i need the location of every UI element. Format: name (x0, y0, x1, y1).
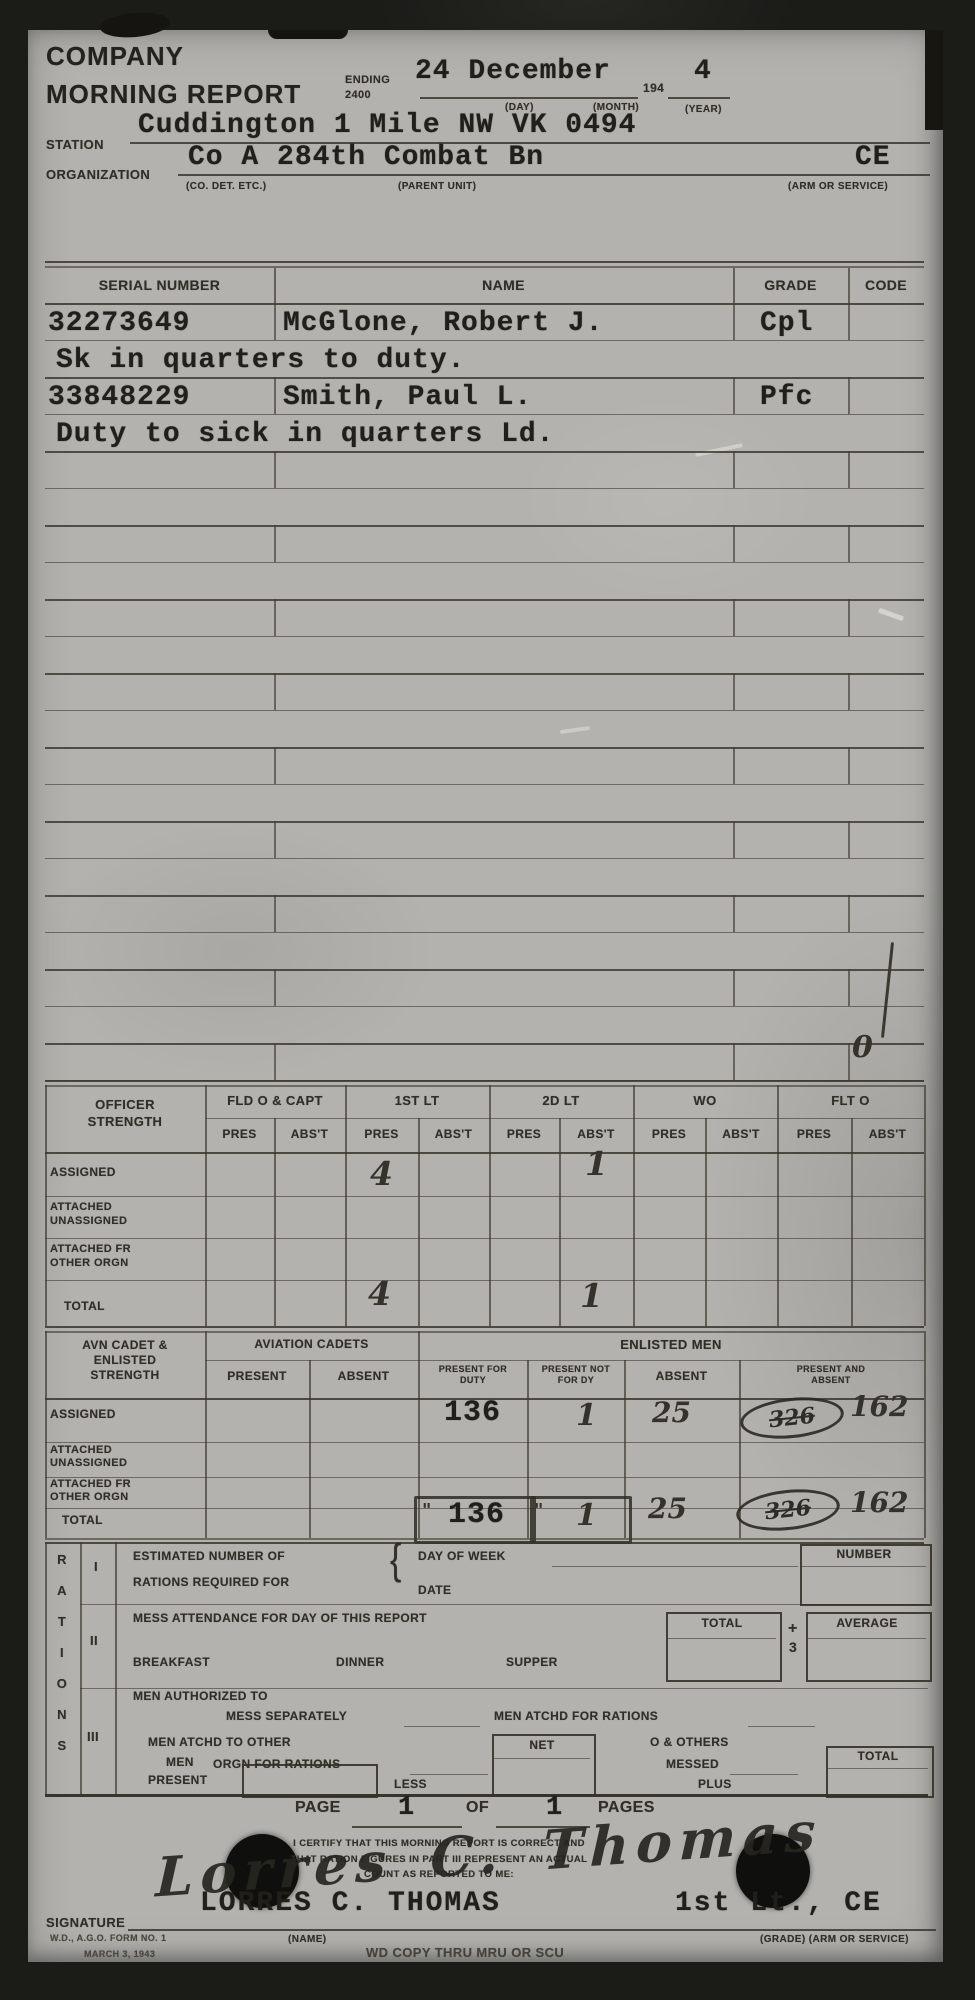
empty-roster-remarks-row (45, 562, 924, 601)
officer-top-rule-2 (45, 1085, 924, 1087)
station-label: STATION (46, 138, 104, 152)
column-divider (848, 895, 850, 932)
mess-separately-label: MESS SEPARATELY (226, 1710, 347, 1723)
enlisted-row-line (45, 1477, 924, 1478)
organization-rule-line (178, 174, 930, 176)
year-prefix: 194 (643, 82, 664, 95)
edge-shadow (925, 30, 943, 130)
crossed-out-value: 326 (768, 1403, 816, 1434)
total-absent-value: 25 (648, 1492, 687, 1525)
mess-total-label: TOTAL (666, 1617, 778, 1630)
officer-grid-line (45, 1085, 47, 1326)
typed-signature-name: LORRES C. THOMAS (200, 1888, 501, 1919)
enlisted-men-group: ENLISTED MEN (418, 1338, 924, 1352)
number-box-label: NUMBER (800, 1548, 928, 1561)
rations-top-rule-2 (45, 1542, 924, 1544)
estimated-rations-line2: RATIONS REQUIRED FOR (133, 1576, 289, 1589)
rations-numeral-3: III (87, 1730, 99, 1744)
column-divider (848, 303, 850, 340)
officer-sub-abst: ABS'T (851, 1128, 924, 1141)
assigned-present-and-absent-value: 162 (850, 1390, 908, 1423)
total-present-for-duty-value: 136 (448, 1498, 505, 1532)
empty-roster-remarks-row (45, 710, 924, 749)
column-divider (733, 525, 735, 562)
empty-roster-row (45, 1043, 924, 1081)
enlisted-sub-line (309, 1360, 311, 1538)
day-of-week-blank (552, 1566, 798, 1567)
roster-top-rule (45, 261, 924, 263)
empty-roster-row (45, 821, 924, 859)
column-divider (733, 451, 735, 488)
arm-of-service-value: CE (855, 142, 891, 173)
officer-strength-header: OFFICER STRENGTH (78, 1096, 172, 1130)
empty-roster-row (45, 747, 924, 785)
officer-row-assigned: ASSIGNED (50, 1166, 116, 1179)
assigned-not-for-duty-value: 1 (576, 1398, 597, 1433)
organization-label: ORGANIZATION (46, 168, 150, 182)
year-caption: (YEAR) (685, 104, 722, 115)
enlisted-grid-line (205, 1331, 207, 1538)
total-not-for-duty-value: 1 (576, 1498, 597, 1533)
messed-blank (730, 1774, 798, 1775)
men-authorized-label: MEN AUTHORIZED TO (133, 1690, 268, 1703)
empty-roster-row (45, 969, 924, 1007)
officer-sub-abst: ABS'T (418, 1128, 489, 1141)
officer-sub-line (559, 1118, 561, 1326)
ending-time: 2400 (345, 89, 371, 101)
column-divider (274, 673, 276, 710)
officer-row-total: TOTAL (64, 1300, 105, 1313)
page-number-value: 1 (398, 1793, 415, 1823)
enlisted-top-rule-2 (45, 1331, 924, 1333)
rations-grid-line (80, 1542, 82, 1794)
column-divider (848, 525, 850, 562)
breakfast-label: BREAKFAST (133, 1656, 210, 1669)
men-present-line2: PRESENT (148, 1774, 207, 1787)
column-divider (274, 821, 276, 858)
column-divider (274, 303, 276, 340)
ending-label: ENDING (345, 74, 390, 86)
column-divider (274, 525, 276, 562)
officer-total-2dlt-abst-value: 1 (580, 1276, 603, 1315)
empty-roster-row (45, 525, 924, 563)
officer-total-1stlt-pres-value: 4 (368, 1274, 391, 1313)
officer-row-attached-unassigned: ATTACHED UNASSIGNED (50, 1200, 142, 1228)
torn-edge-notch (268, 30, 348, 39)
stray-zero-mark: 0 (852, 1030, 873, 1065)
officer-grid-line (633, 1085, 635, 1326)
officer-group-flto: FLT O (777, 1094, 924, 1108)
organization-value: Co A 284th Combat Bn (188, 142, 544, 173)
copy-routing-note: WD COPY THRU MRU OR SCU (366, 1946, 564, 1960)
officer-row-line (205, 1118, 924, 1119)
o-and-others-line2: MESSED (666, 1758, 719, 1771)
date-rule-line (420, 97, 638, 99)
o-and-others-line1: O & OTHERS (650, 1736, 729, 1749)
total-present-and-absent-value: 162 (850, 1486, 908, 1519)
mess-separately-blank (404, 1726, 480, 1727)
enlisted-row-attached-unassigned: ATTACHED UNASSIGNED (50, 1444, 142, 1470)
estimated-rations-line1: ESTIMATED NUMBER OF (133, 1550, 285, 1563)
entry-remark: Duty to sick in quarters Ld. (56, 419, 554, 450)
empty-roster-remarks-row (45, 488, 924, 527)
men-atchd-blank (748, 1726, 815, 1727)
empty-roster-remarks-row (45, 858, 924, 897)
column-divider (274, 1043, 276, 1080)
officer-sub-pres: PRES (205, 1128, 274, 1141)
officer-grid-line (205, 1085, 207, 1326)
entry-name: McGlone, Robert J. (283, 308, 603, 339)
column-divider (274, 747, 276, 784)
entry-serial: 32273649 (48, 308, 190, 339)
empty-roster-row (45, 673, 924, 711)
station-value: Cuddington 1 Mile NW VK 0494 (138, 110, 636, 141)
officer-row-line (45, 1196, 924, 1197)
rations-side-label: RATIONS (54, 1552, 68, 1792)
officer-grid-line (777, 1085, 779, 1326)
form-date: MARCH 3, 1943 (84, 1950, 155, 1960)
officer-group-1stlt: 1ST LT (345, 1094, 489, 1108)
officer-sub-abst: ABS'T (274, 1128, 345, 1141)
scanned-morning-report: COMPANY MORNING REPORT ENDING 2400 24 De… (0, 0, 975, 2000)
present-not-for-dy-col: PRESENT NOT FOR DY (537, 1364, 615, 1386)
entry-name: Smith, Paul L. (283, 382, 532, 413)
rations-top-rule (45, 1538, 924, 1540)
empty-roster-remarks-row (45, 1006, 924, 1045)
officer-top-rule (45, 1080, 924, 1082)
officer-grid-line (489, 1085, 491, 1326)
arm-caption: (ARM OR SERVICE) (788, 181, 888, 192)
entry-grade: Pfc (760, 382, 813, 413)
of-label: OF (466, 1799, 489, 1817)
empty-roster-remarks-row (45, 932, 924, 971)
officer-sub-pres: PRES (489, 1128, 559, 1141)
column-divider (274, 599, 276, 636)
enlisted-row-assigned: ASSIGNED (50, 1408, 116, 1421)
number-box-line (802, 1566, 926, 1567)
brace-glyph: { (390, 1537, 402, 1584)
officer-sub-line (705, 1118, 707, 1326)
form-title-line2: MORNING REPORT (46, 80, 301, 109)
crossed-out-value: 326 (764, 1495, 812, 1526)
officer-group-wo: WO (633, 1094, 777, 1108)
officer-row-attached-fr: ATTACHED FR OTHER ORGN (50, 1242, 142, 1270)
empty-roster-remarks-row (45, 636, 924, 675)
ditto-mark: " (422, 1500, 431, 1521)
men-present-line1: MEN (166, 1756, 194, 1769)
officer-grid-line (345, 1085, 347, 1326)
form-title-line1: COMPANY (46, 42, 184, 71)
average-box-label: AVERAGE (806, 1617, 928, 1630)
present-for-duty-col: PRESENT FOR DUTY (435, 1364, 511, 1386)
name-caption: (NAME) (288, 1934, 327, 1945)
empty-roster-row (45, 451, 924, 489)
column-divider (848, 377, 850, 414)
report-date-value: 24 December (415, 56, 611, 87)
officer-group-2dlt: 2D LT (489, 1094, 633, 1108)
officer-sub-pres: PRES (777, 1128, 851, 1141)
men-atchd-for-rations-label: MEN ATCHD FOR RATIONS (494, 1710, 658, 1723)
column-divider (733, 969, 735, 1006)
column-divider (848, 673, 850, 710)
col-header-code: CODE (848, 278, 924, 293)
signature-rule-line (128, 1929, 936, 1931)
assigned-absent-value: 25 (652, 1396, 691, 1429)
officer-row-line (45, 1280, 924, 1281)
grade-caption: (GRADE) (ARM OR SERVICE) (760, 1934, 909, 1945)
org-caption-co: (CO. DET. ETC.) (186, 181, 266, 192)
column-divider (733, 747, 735, 784)
enlisted-row-attached-fr: ATTACHED FR OTHER ORGN (50, 1478, 142, 1504)
column-divider (733, 599, 735, 636)
rations-grid-line (45, 1542, 47, 1794)
page-label: PAGE (295, 1799, 341, 1817)
col-header-name: NAME (274, 278, 733, 293)
enlisted-row-total: TOTAL (62, 1514, 103, 1527)
net-box-label: NET (492, 1739, 592, 1752)
officer-sub-line (418, 1118, 420, 1326)
officer-assigned-1stlt-pres-value: 4 (370, 1154, 393, 1193)
officer-sub-pres: PRES (633, 1128, 705, 1141)
mess-attendance-label: MESS ATTENDANCE FOR DAY OF THIS REPORT (133, 1612, 427, 1625)
divide-by-three: 3 (789, 1640, 797, 1655)
aviation-cadets-group: AVIATION CADETS (205, 1338, 418, 1351)
officer-group-fldo: FLD O & CAPT (205, 1094, 345, 1108)
column-divider (274, 969, 276, 1006)
col-header-serial: SERIAL NUMBER (45, 278, 274, 293)
rations-total-label: TOTAL (826, 1750, 930, 1763)
enlisted-row-line (205, 1360, 924, 1361)
column-divider (274, 895, 276, 932)
officer-sub-abst: ABS'T (705, 1128, 777, 1141)
rations-total-line (828, 1768, 928, 1769)
enlisted-grid-line (45, 1331, 47, 1538)
enlisted-strength-header: AVN CADET & ENLISTED STRENGTH (77, 1338, 173, 1383)
rations-bottom-rule (45, 1794, 928, 1797)
officer-sub-pres: PRES (345, 1128, 418, 1141)
signature-label: SIGNATURE (46, 1916, 125, 1930)
column-divider (733, 303, 735, 340)
officer-sub-line (274, 1118, 276, 1326)
column-divider (733, 821, 735, 858)
absent-col: ABSENT (624, 1370, 739, 1383)
officer-grid-line (924, 1085, 926, 1326)
less-label: LESS (394, 1778, 427, 1791)
column-divider (848, 1043, 850, 1080)
men-atchd-other-line1: MEN ATCHD TO OTHER (148, 1736, 291, 1749)
ditto-mark: " (534, 1500, 543, 1521)
entry-remark: Sk in quarters to duty. (56, 345, 465, 376)
officer-row-line (45, 1152, 924, 1154)
year-rule-line (668, 97, 730, 99)
mess-total-line (668, 1638, 776, 1639)
net-box-line (494, 1758, 590, 1759)
form-number: W.D., A.G.O. FORM NO. 1 (50, 1934, 166, 1944)
enlisted-top-rule (45, 1326, 924, 1328)
empty-roster-row (45, 599, 924, 637)
column-divider (733, 895, 735, 932)
officer-sub-abst: ABS'T (559, 1128, 633, 1141)
column-divider (848, 599, 850, 636)
roster-top-rule-2 (45, 266, 924, 268)
orgn-rations-blank (410, 1774, 488, 1775)
entry-grade: Cpl (760, 308, 813, 339)
enlisted-grid-line (924, 1331, 926, 1538)
column-divider (733, 377, 735, 414)
divide-sign: + (788, 1620, 798, 1638)
plus-label: PLUS (698, 1778, 732, 1791)
column-divider (733, 673, 735, 710)
column-divider (848, 969, 850, 1006)
column-divider (848, 451, 850, 488)
rations-numeral-2: II (90, 1634, 98, 1648)
year-value: 4 (694, 56, 712, 87)
entry-serial: 33848229 (48, 382, 190, 413)
empty-roster-row (45, 895, 924, 933)
empty-roster-remarks-row (45, 784, 924, 823)
av-present-col: PRESENT (205, 1370, 309, 1383)
officer-assigned-2dlt-abst-value: 1 (585, 1144, 608, 1183)
assigned-present-for-duty-value: 136 (444, 1396, 501, 1430)
average-box-line (808, 1638, 926, 1639)
column-divider (733, 1043, 735, 1080)
col-header-grade: GRADE (733, 278, 848, 293)
officer-sub-line (851, 1118, 853, 1326)
column-divider (274, 451, 276, 488)
column-divider (848, 747, 850, 784)
present-and-absent-col: PRESENT AND ABSENT (785, 1364, 877, 1386)
men-present-box (242, 1764, 378, 1798)
typed-signature-grade: 1st Lt., CE (675, 1888, 882, 1919)
org-caption-parent: (PARENT UNIT) (398, 181, 476, 192)
rations-numeral-1: I (94, 1560, 98, 1574)
av-absent-col: ABSENT (309, 1370, 418, 1383)
column-divider (848, 821, 850, 858)
dinner-label: DINNER (336, 1656, 384, 1669)
rations-grid-line (115, 1542, 117, 1794)
date-label: DATE (418, 1584, 451, 1597)
day-of-week-label: DAY OF WEEK (418, 1550, 506, 1563)
column-divider (274, 377, 276, 414)
supper-label: SUPPER (506, 1656, 558, 1669)
officer-row-line (45, 1238, 924, 1239)
enlisted-row-line (45, 1442, 924, 1443)
